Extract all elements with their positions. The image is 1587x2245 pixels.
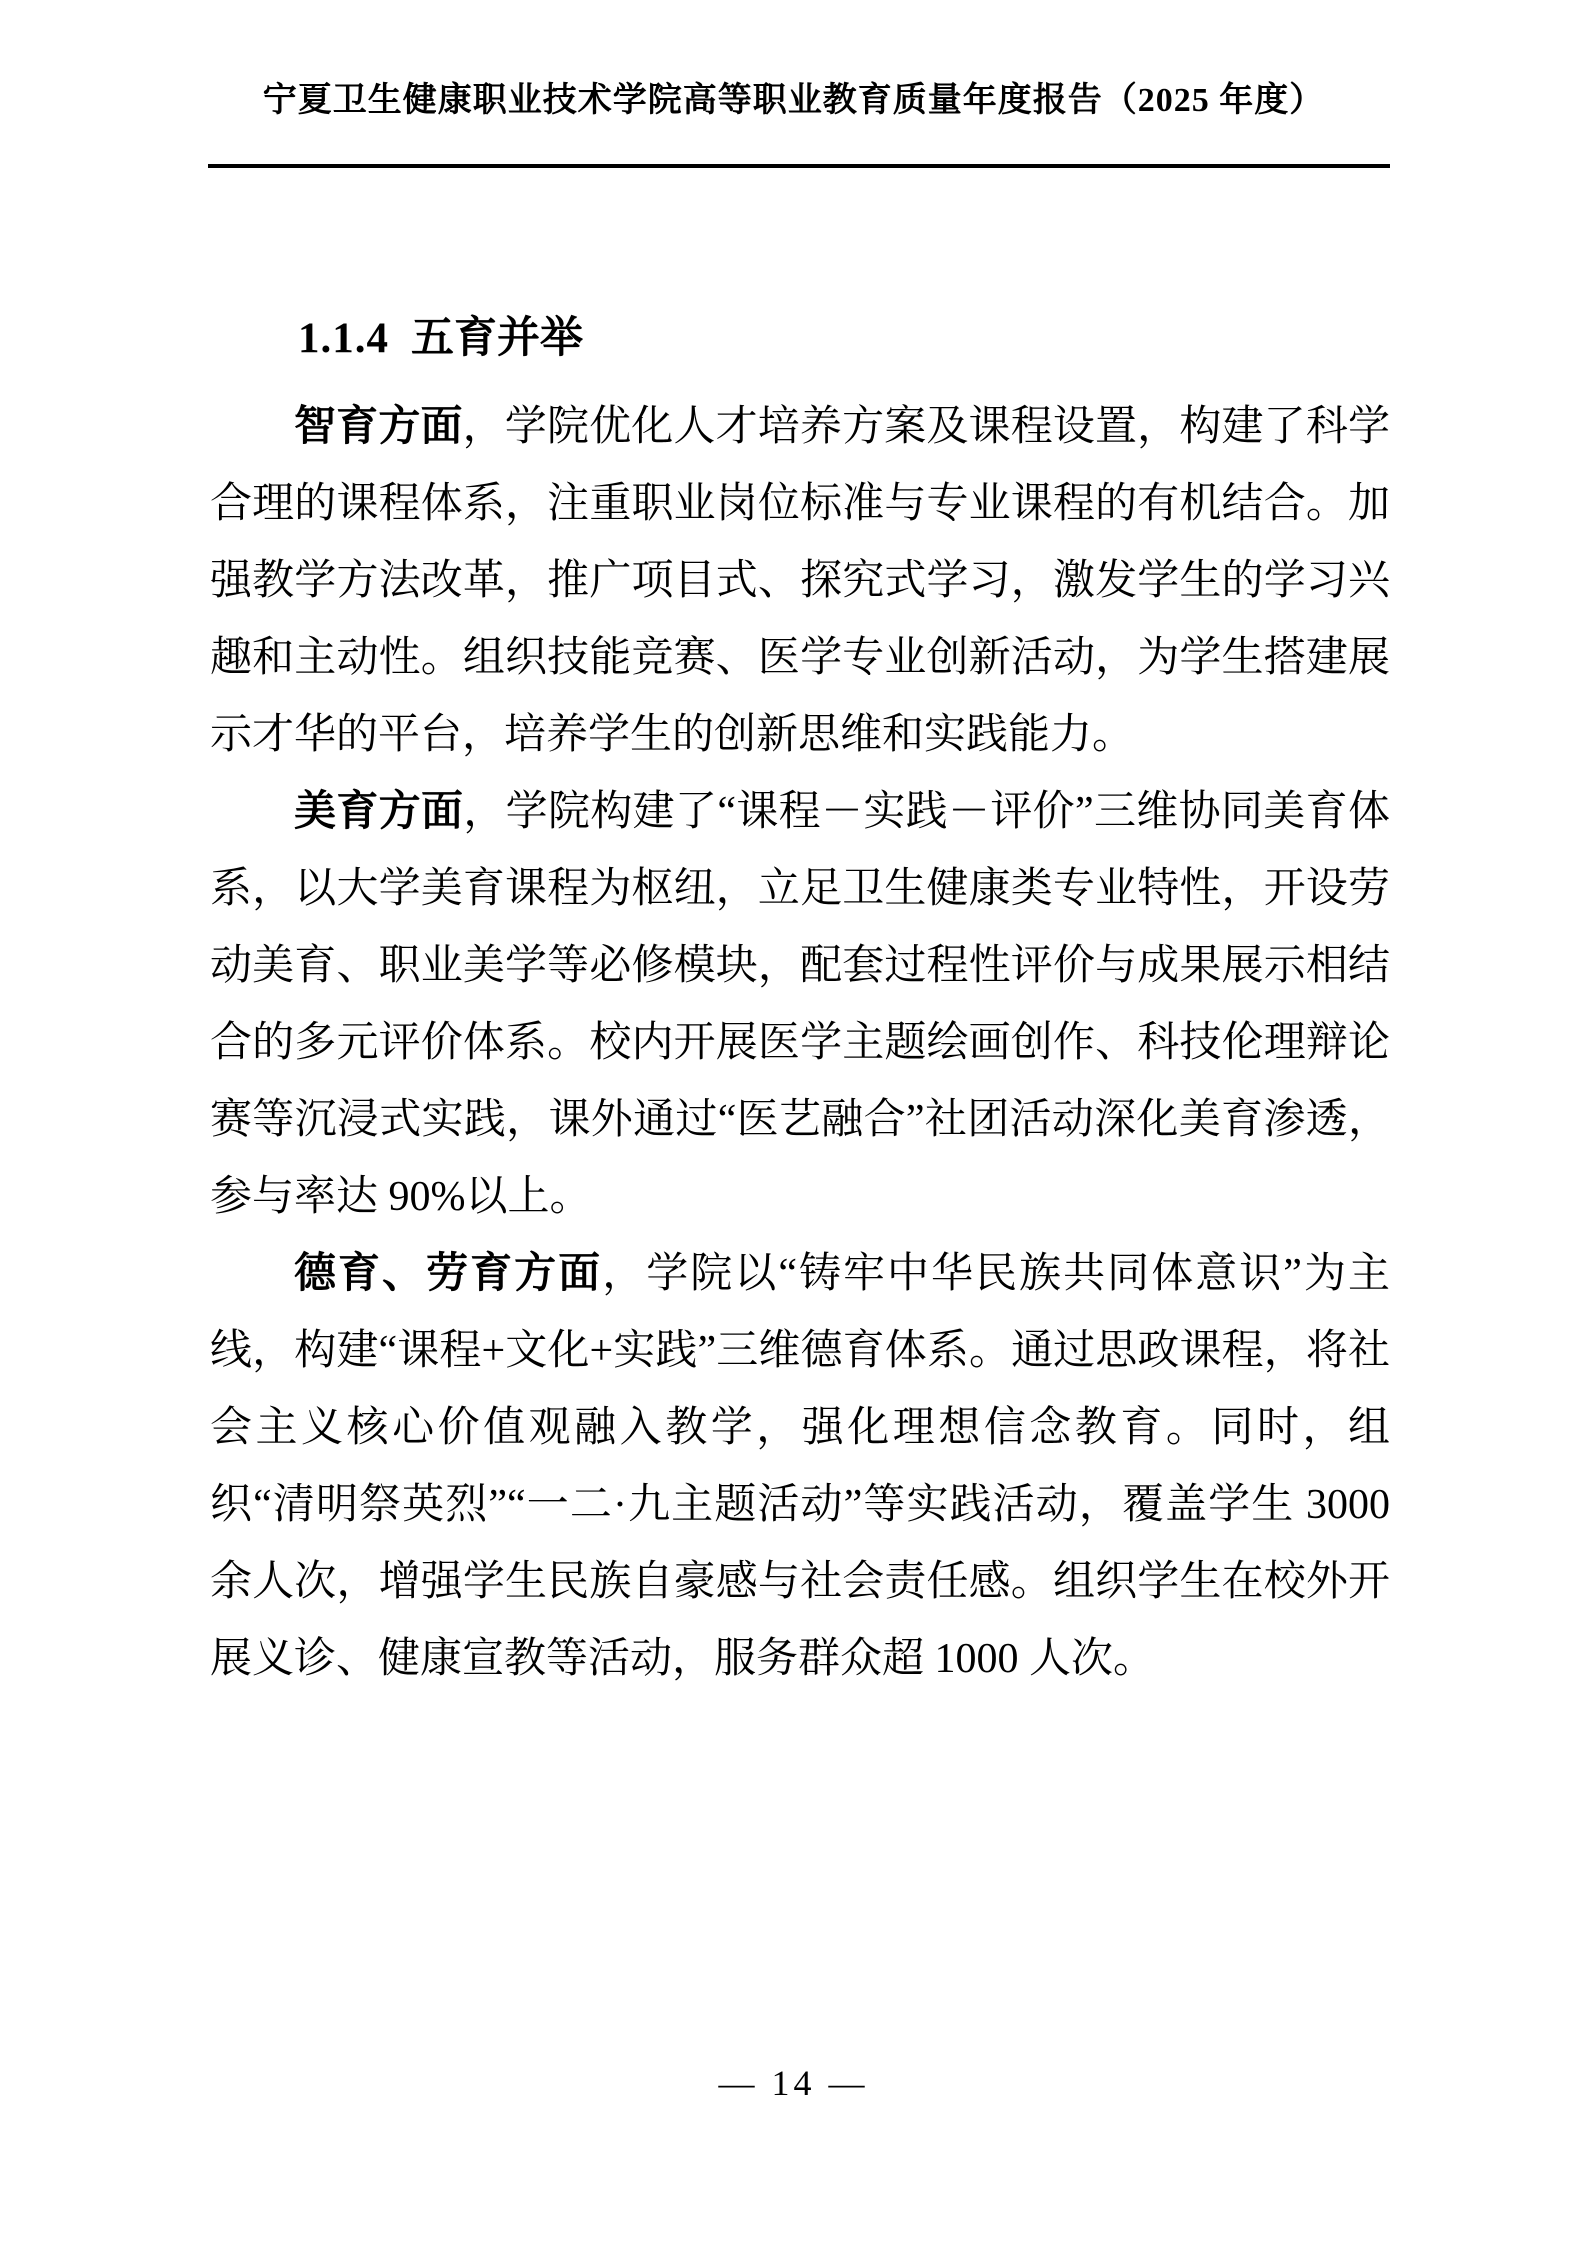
paragraph-text-intellectual: ，学院优化人才培养方案及课程设置，构建了科学合理的课程体系，注重职业岗位标准与专…	[210, 404, 1390, 758]
paragraph-aesthetic-education: 美育方面，学院构建了“课程－实践－评价”三维协同美育体系，以大学美育课程为枢纽，…	[210, 774, 1390, 1236]
paragraph-lead-intellectual: 智育方面	[294, 404, 463, 450]
page-number: — 14 —	[0, 2062, 1587, 2104]
section-heading: 1.1.4五育并举	[210, 300, 1390, 377]
header-divider-rule	[208, 164, 1390, 168]
paragraph-text-aesthetic: ，学院构建了“课程－实践－评价”三维协同美育体系，以大学美育课程为枢纽，立足卫生…	[210, 789, 1390, 1220]
paragraph-lead-aesthetic: 美育方面	[294, 789, 463, 835]
document-page: 宁夏卫生健康职业技术学院高等职业教育质量年度报告（2025 年度） 1.1.4五…	[0, 0, 1587, 2245]
page-body: 1.1.4五育并举 智育方面，学院优化人才培养方案及课程设置，构建了科学合理的课…	[210, 300, 1390, 1698]
running-header-title: 宁夏卫生健康职业技术学院高等职业教育质量年度报告（2025 年度）	[0, 72, 1587, 121]
section-number: 1.1.4	[298, 315, 389, 362]
paragraph-intellectual-education: 智育方面，学院优化人才培养方案及课程设置，构建了科学合理的课程体系，注重职业岗位…	[210, 389, 1390, 774]
paragraph-moral-labor-education: 德育、劳育方面，学院以“铸牢中华民族共同体意识”为主线，构建“课程+文化+实践”…	[210, 1236, 1390, 1698]
paragraph-text-moral-labor: ，学院以“铸牢中华民族共同体意识”为主线，构建“课程+文化+实践”三维德育体系。…	[210, 1251, 1390, 1682]
section-title: 五育并举	[411, 315, 583, 362]
paragraph-lead-moral-labor: 德育、劳育方面	[294, 1251, 602, 1297]
